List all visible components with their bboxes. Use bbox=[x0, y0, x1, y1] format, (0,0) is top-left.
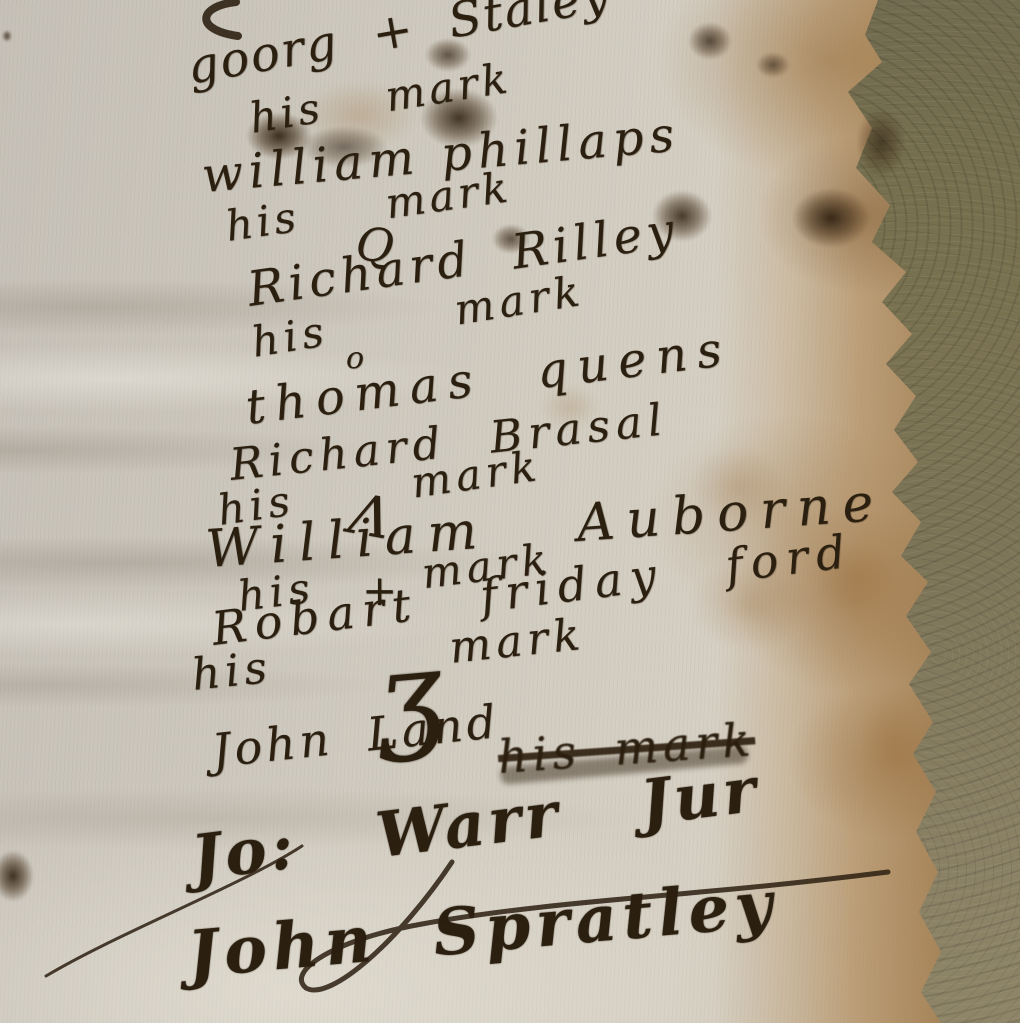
manuscript-photo: goorg + Staley his mark william phillaps… bbox=[0, 0, 1020, 1023]
ink-blot bbox=[856, 108, 906, 178]
ink-blot bbox=[792, 188, 870, 248]
ink-blot bbox=[688, 22, 732, 60]
ink-stain bbox=[862, 700, 922, 780]
ink-blot bbox=[756, 52, 790, 78]
ink-blot bbox=[2, 30, 12, 42]
